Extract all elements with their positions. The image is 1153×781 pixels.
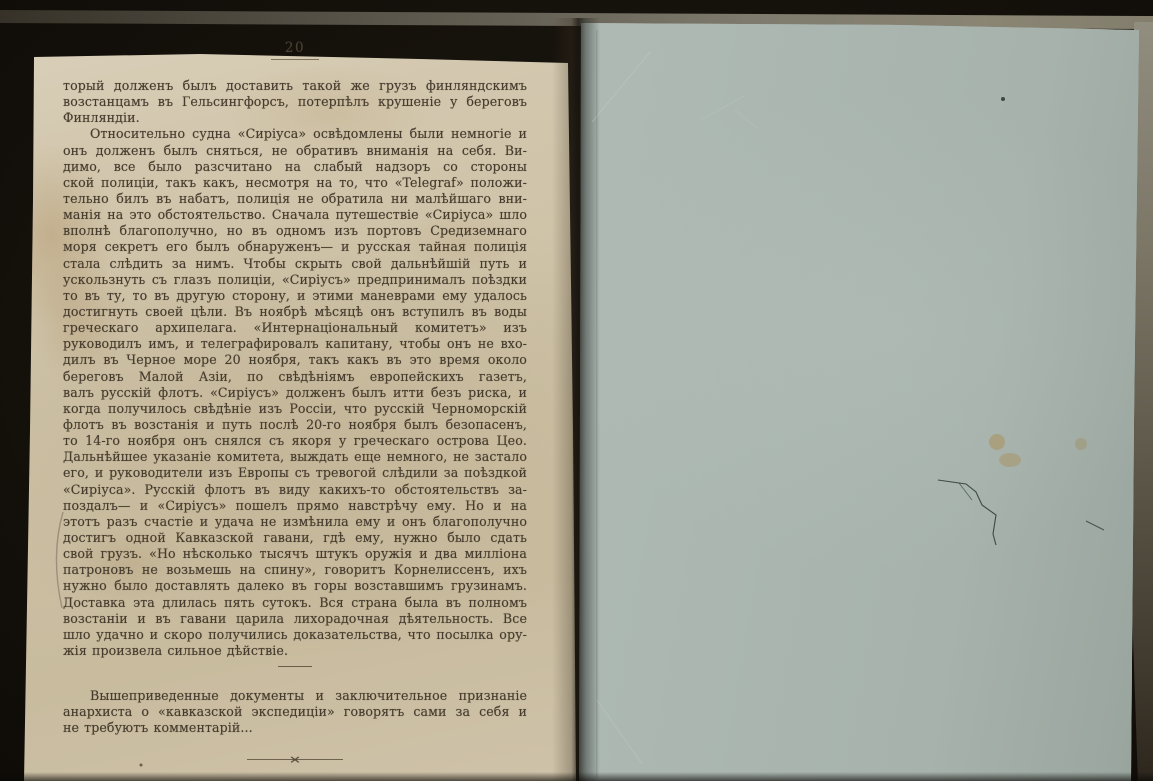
- photo-of-open-book: { "book": { "left_page": { "page_number"…: [0, 0, 1153, 781]
- page-number-rule: [271, 59, 319, 60]
- ornament-cross-icon: ×: [289, 753, 301, 766]
- section-rule: [278, 666, 312, 667]
- text-line: моря секретъ его былъ обнаруженъ— и русс…: [63, 239, 527, 255]
- text-line: валъ русскій флотъ. «Сиріусъ» долженъ бы…: [63, 385, 527, 401]
- text-line: Дальнѣйшее указаніе комитета, выждать ещ…: [63, 449, 527, 465]
- text-line: ускользнуть съ глазъ полиціи, «Сиріусъ» …: [63, 272, 527, 288]
- text-line: Финляндіи.: [63, 110, 527, 126]
- paragraph: торый долженъ былъ доставить такой же гр…: [63, 78, 527, 126]
- text-line: димо, все было разсчитано на слабый надз…: [63, 159, 527, 175]
- text-line: свой грузъ. «Но нѣсколько тысячъ штукъ о…: [63, 546, 527, 562]
- text-line: «Сиріуса». Русскій флотъ въ виду какихъ-…: [63, 482, 527, 498]
- text-line: руководилъ имъ, и телеграфировалъ капита…: [63, 336, 527, 352]
- text-line: не требуютъ комментарій...: [63, 720, 527, 736]
- text-line: флотъ въ возстанія и путь послѣ 20-го но…: [63, 417, 527, 433]
- text-line: патроновъ не возьмешь на спину», говорит…: [63, 562, 527, 578]
- paragraph: Вышеприведенные документы и заключительн…: [63, 688, 527, 736]
- page-header: 20: [63, 40, 527, 78]
- paragraph: Относительно судна «Сиріуса» освѣдомлены…: [63, 126, 527, 659]
- text-line: дилъ въ Черное море 20 ноября, такъ какъ…: [63, 352, 527, 368]
- text-line: тельно билъ въ набатъ, полиція не обрати…: [63, 191, 527, 207]
- text-line: поздалъ— и «Сиріусъ» пошелъ прямо навстр…: [63, 498, 527, 514]
- text-line: возстанцамъ въ Гельсингфорсъ, потерпѣлъ …: [63, 94, 527, 110]
- text-line: Относительно судна «Сиріуса» освѣдомлены…: [63, 126, 527, 142]
- text-line: греческаго архипелага. «Интернаціональны…: [63, 320, 527, 336]
- text-line: жія произвела сильное дѣйствіе.: [63, 643, 527, 659]
- text-line: когда получилось свѣдѣніе изъ Россіи, чт…: [63, 401, 527, 417]
- end-of-section-ornament: ×: [247, 753, 343, 766]
- text-line: этотъ разъ счастіе и удача не измѣнила е…: [63, 514, 527, 530]
- bottom-edge-shadow: [0, 772, 1153, 781]
- text-line: возстаніи и въ гавани царила лихорадочна…: [63, 611, 527, 627]
- text-line: торый долженъ былъ доставить такой же гр…: [63, 78, 527, 94]
- text-line: анархиста о «кавказской экспедиціи» гово…: [63, 704, 527, 720]
- text-line: Доставка эта длилась пять сутокъ. Вся ст…: [63, 595, 527, 611]
- text-line: онъ долженъ былъ сняться, не обративъ вн…: [63, 143, 527, 159]
- text-line: ской полиціи, такъ какъ, несмотря на то,…: [63, 175, 527, 191]
- text-flow: торый долженъ былъ доставить такой же гр…: [63, 78, 527, 736]
- text-line: нужно было доставлять далеко въ горы воз…: [63, 578, 527, 594]
- page-gutter-shadow: [552, 18, 600, 781]
- text-line: Вышеприведенные документы и заключительн…: [63, 688, 527, 704]
- text-line: достигнуть своей цѣли. Въ ноябрѣ мѣсяцѣ …: [63, 304, 527, 320]
- text-line: стала слѣдить за нимъ. Чтобы скрыть свой…: [63, 256, 527, 272]
- left-page-text-column: 20 торый долженъ былъ доставить такой же…: [63, 40, 527, 766]
- text-line: шло удачно и скоро получились доказатель…: [63, 627, 527, 643]
- text-line: вполнѣ благополучно, но въ одномъ изъ по…: [63, 223, 527, 239]
- page-number: 20: [63, 40, 527, 56]
- text-line: то 14-го ноября онъ снялся съ якоря у гр…: [63, 433, 527, 449]
- text-line: то въ ту, то въ другую сторону, и этими …: [63, 288, 527, 304]
- text-line: его, и руководители изъ Европы съ тревог…: [63, 465, 527, 481]
- text-line: манія на это обстоятельство. Сначала пут…: [63, 207, 527, 223]
- text-line: береговъ Малой Азіи, по свѣдѣніямъ европ…: [63, 369, 527, 385]
- text-line: достигъ одной Кавказской гавани, гдѣ ему…: [63, 530, 527, 546]
